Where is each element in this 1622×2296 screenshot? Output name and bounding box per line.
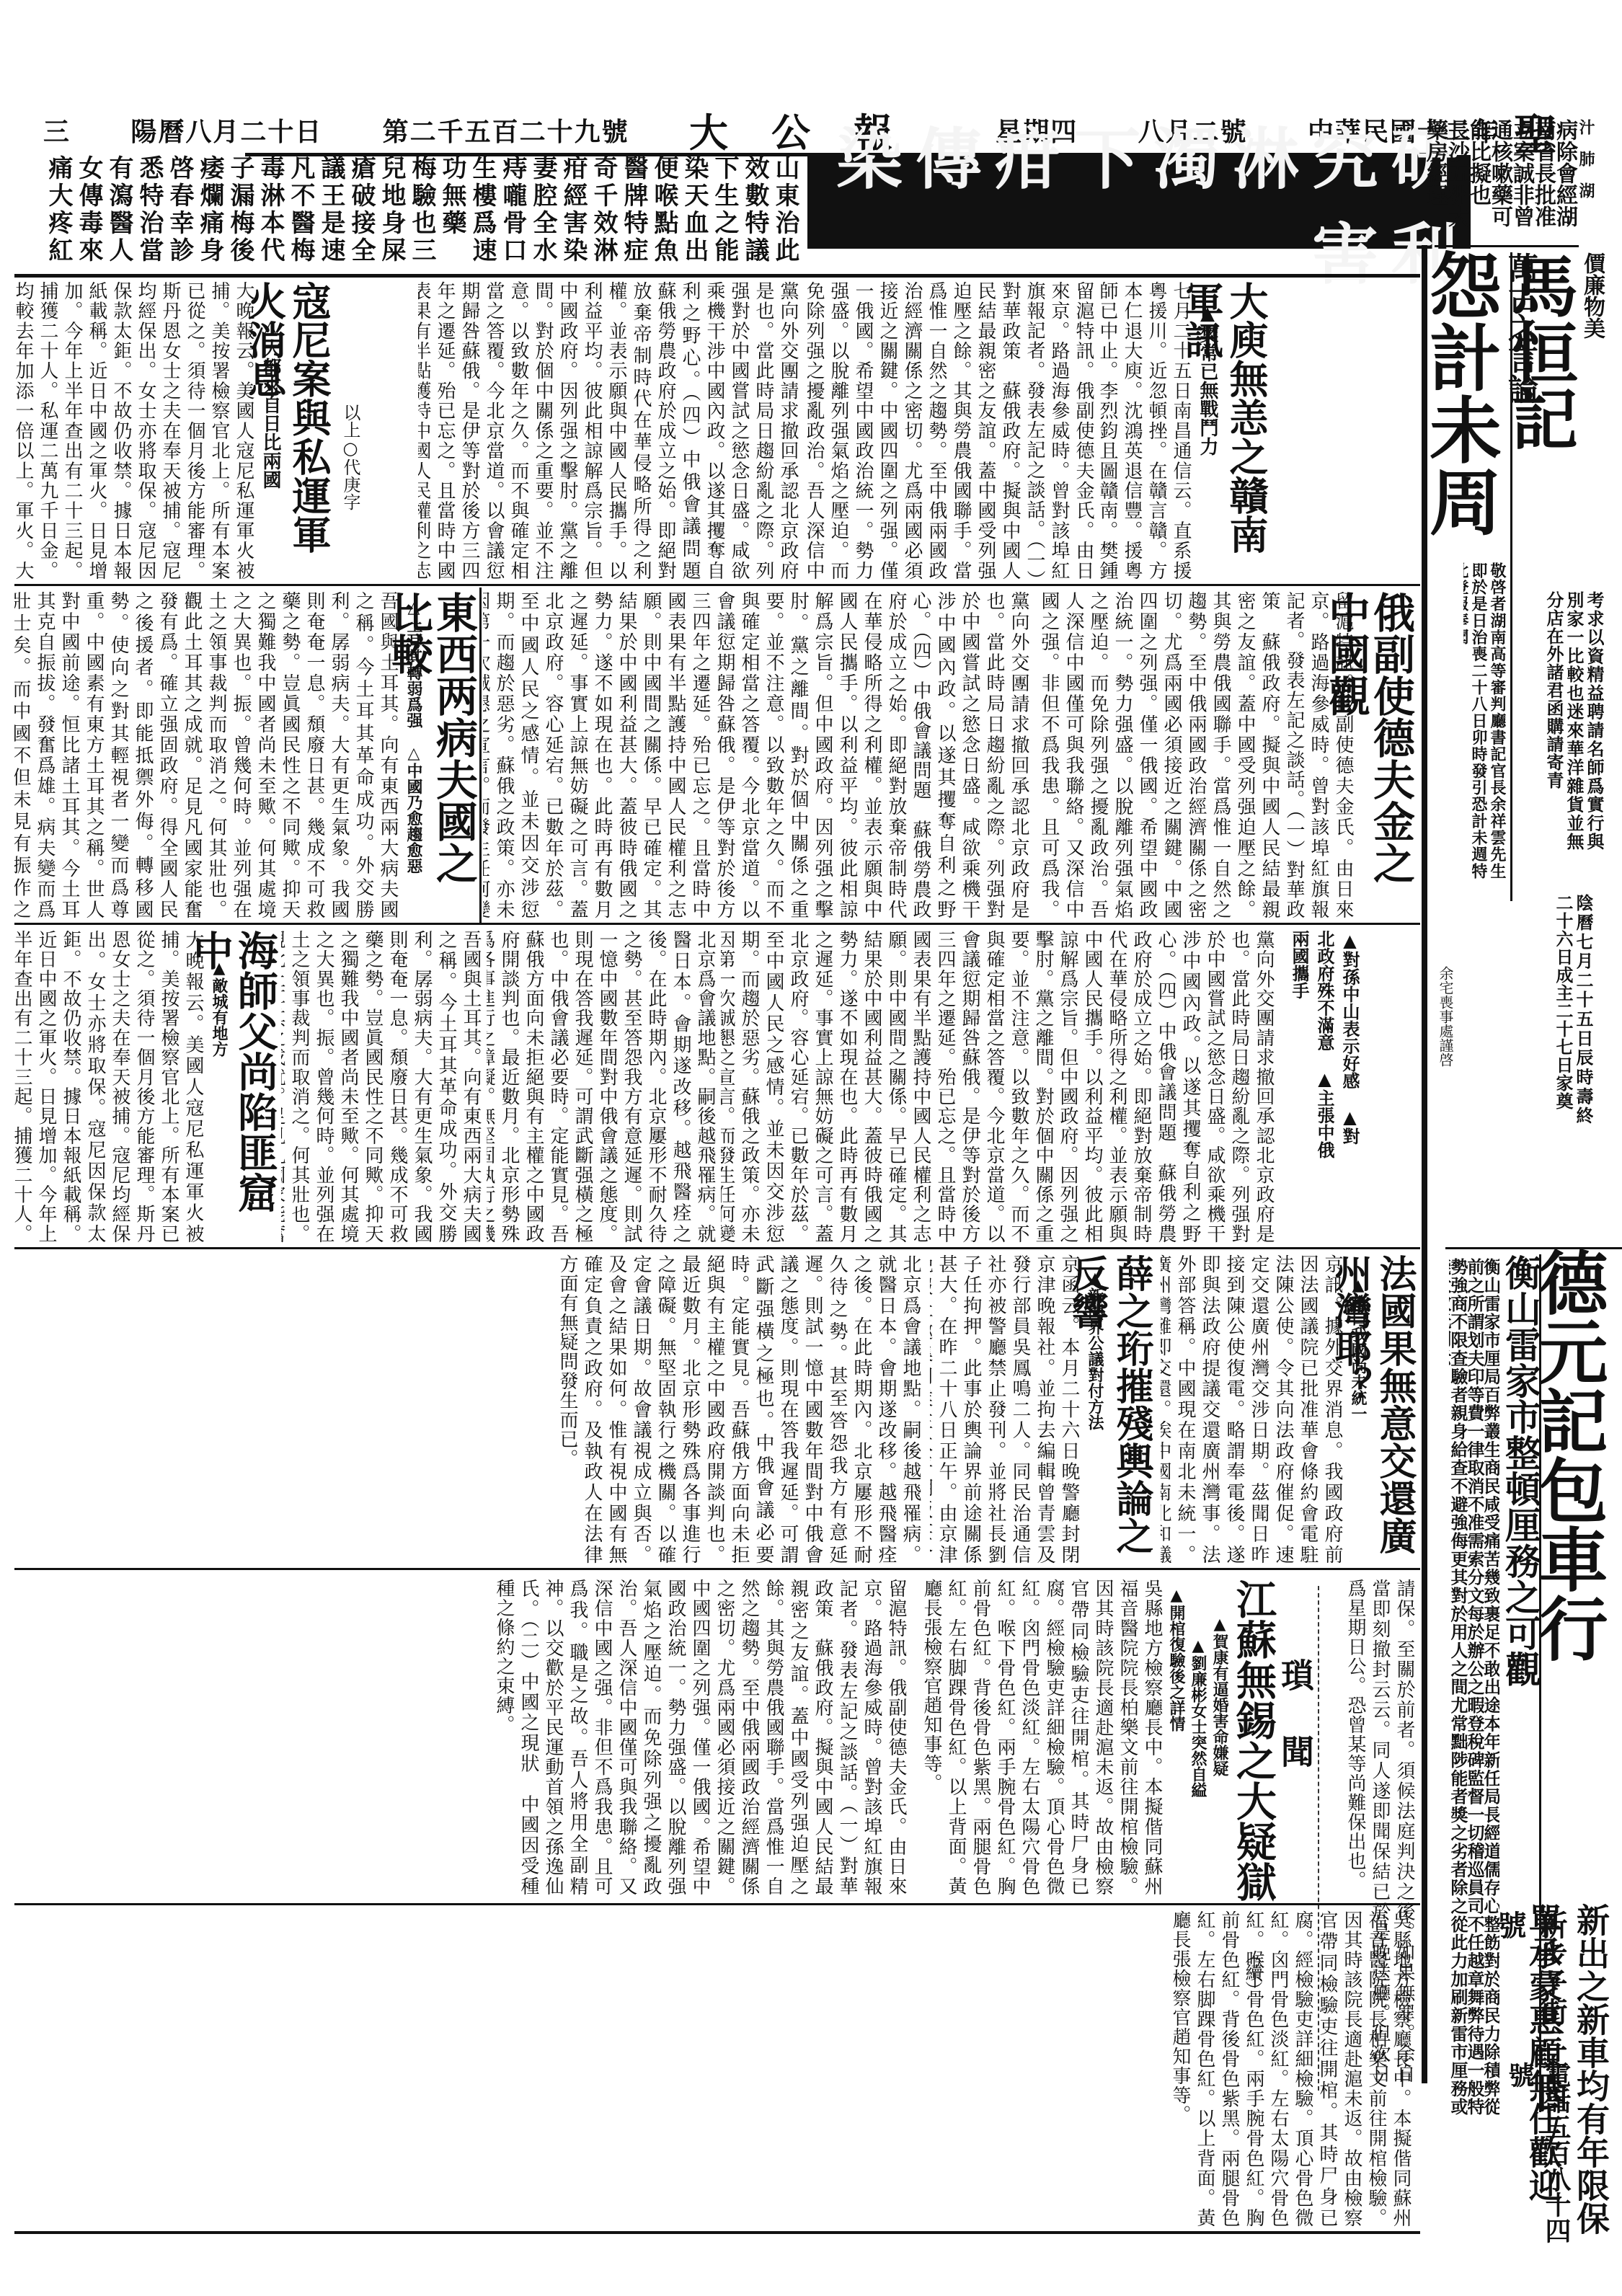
ad-line: 通核嗽藥可 <box>1489 119 1510 270</box>
ad-header: 汁 肺 湖 <box>1575 119 1597 270</box>
article-subhead: ▲賀康有逼婚害命嫌疑 <box>1211 1615 1231 1831</box>
article-headline: 薛之珩摧殘輿論之反響 <box>1110 1254 1153 1564</box>
article-body-continued: 黨向外交團請求撤回承認北京政府是也。當此時局日趨紛亂之際。列强對於中國嘗試之慾念… <box>483 591 1031 919</box>
article-subhead: ▲新聞界公議對付方法 <box>1085 1269 1107 1485</box>
divider <box>1510 252 1512 901</box>
headline-banner: 研究淋濁下疳傳染利害 <box>807 155 1471 249</box>
page-bottom-rule <box>14 2231 1420 2234</box>
masthead-issue: 第二千五百二十九號 <box>383 112 629 149</box>
obituary-body: 敬啓者湖南高等審判廳書記官長余祥雲先生即於是日治喪二十八日卯時發引恐計未週特此登… <box>1463 562 1507 879</box>
article-subhead: ▲對孫中山表示好感 ▲對北政府殊不滿意 ▲主張中俄兩國攜手 <box>1283 930 1362 1161</box>
ad-line: 能比擬也 <box>1467 119 1489 270</box>
ad-line: 醫牌特症奇千效淋疳經害染妻腔全水痔嚨骨口 <box>497 155 649 281</box>
article-body-continued: 留滬特訊。俄副使德夫金氏。由日來京。路過海參威時。曾對該埠紅旗報記者。發表左記之… <box>14 1579 908 1896</box>
row-rule <box>14 923 1420 925</box>
article-body: 大晚報云。美國人寇尼私運軍火被捕。美按署檢察官北上。所有本案已從之。須待一個月後… <box>14 930 205 1244</box>
car-ad-title: 德元記包車行 <box>1543 1247 1615 1925</box>
page-number: 三 <box>43 112 71 149</box>
article-headline: 法國果無意交還廣州灣耶？ <box>1373 1254 1417 1572</box>
row-rule <box>14 584 1420 586</box>
article-body: 大晚報云。美國人寇尼私運軍火被捕。美按署檢察官北上。所有本案已從之。須待一個月後… <box>14 281 256 580</box>
article-body-continued: 黨向外交團請求撤回承認北京政府是也。當此時局日趨紛亂之際。列强對於中國嘗試之慾念… <box>721 930 1276 1244</box>
article-subhead: ▲開棺復驗後之詳情 <box>1168 1586 1188 1802</box>
ad-body: 考求以資精益聘請名師爲實行與別家一比較也迷來華洋雜貨並無分店在外諸君函購請寄青 <box>1539 591 1604 851</box>
row-rule <box>14 1903 1420 1905</box>
article-body-continued: 北京爲會議地點。嗣後越飛罹病。就醫日本。會期遂改移。越飛醫痊之後。在此時期內。北… <box>14 1254 923 1564</box>
obituary-title: 怨計未周 <box>1435 249 1507 566</box>
article-headline: 江蘇無錫之大疑獄 <box>1233 1579 1276 1939</box>
article-headline: 海師父尚陷匪窟中 <box>234 930 278 1247</box>
article-body: 京訊。據外交界消息。我國政府前因法國議院已批准華會條約會電駐法陳公使。令其向法政… <box>1161 1254 1344 1564</box>
ad-line: 山東治此效數特議下生之能染天血出便喉點魚 <box>649 155 800 281</box>
obituary-dates: 陰曆七月二十五日辰時壽終二十六日成主二十七日家奠 <box>1449 894 1593 1125</box>
ad-line: 議王是速凡不醫梅毒淋本代子漏梅後痿爛痛身 <box>195 155 346 281</box>
banner-text: 研究淋濁下疳傳染利害 <box>807 107 1471 297</box>
article-subhead: ▲敵城有地方 <box>209 959 231 1103</box>
article-headline: 俄副使德夫金之中國觀 <box>1362 591 1413 923</box>
article-headline: 東西两病夫國之比較 <box>425 591 476 923</box>
row-rule <box>14 274 1420 278</box>
article-body: 吳縣地方檢察廳長中。本擬偕同蘇州福音醫院院長柏樂文前往開棺檢驗。因其時該院長適赴… <box>916 1579 1164 1896</box>
article-attribution: 以上○代庚字 <box>339 404 363 577</box>
article-body-continued: 北京爲會議地點。嗣後越飛罹病。就醫日本。會期遂改移。越飛醫痊之後。在此時期內。北… <box>487 930 717 1244</box>
article-headline: 寇尼案與私運軍火消息 <box>288 281 332 584</box>
ad-line: 長沙五洲大 <box>1445 119 1467 270</box>
article-body: 吾國與土耳其。向有東西兩大病夫國之稱。今土耳其革命成功。外交勝利。孱弱病夫。大有… <box>281 930 483 1244</box>
car-ad-phone: 電話五百八十四號 <box>1546 2062 1575 2249</box>
hengshan-body: 衡山雷家市厘局百弊叢生商民咸受痛苦幾致裹足不敢出途本年新任局長經道儒存心整飭對於… <box>1449 1258 1499 2116</box>
article-subhead: ▲劉廉彬女士突然自縊 <box>1189 1636 1210 1853</box>
ad-line: 立案誠非曾 <box>1510 119 1532 270</box>
ad-line: 啓春幸診悉特治當有瀉醫人女傳毒來痛大疼紅 <box>43 155 195 281</box>
masthead-date-solar: 陽曆八月二十日 <box>130 112 322 149</box>
article-body-continued: 吳縣地方檢察廳長中。本擬偕同蘇州福音醫院院長柏樂文前往開棺檢驗。因其時該院長適赴… <box>14 1910 1413 2228</box>
article-body: 七月二十五日南昌通信云。直系援粵援川。近忽頓挫。在贛言贛。方本仁退大庾。沈鴻英退… <box>1099 281 1193 580</box>
article-body-continued: 黨向外交團請求撤回承認北京政府是也。當此時局日趨紛亂之際。列强對於中國嘗試之慾念… <box>418 281 800 580</box>
article-subhead: ▲樊常已無戰鬥力 <box>1197 303 1221 519</box>
row-rule <box>14 1247 1420 1249</box>
article-headline: 大庾無恙之贛南軍訊 <box>1226 281 1269 584</box>
ad-line: 病除會經湖 <box>1554 119 1575 270</box>
divider <box>479 588 482 923</box>
obituary-signer: 余宅喪事處謹啓 <box>1435 966 1456 1110</box>
row-rule <box>14 1568 1420 1570</box>
article-subhead: ▲藉口我國尚未統一 <box>1348 1276 1370 1463</box>
article-body: 留滬特訊。俄副使德夫金氏。由日來京。路過海參威時。曾對該埠紅旗報記者。發表左記之… <box>1038 591 1355 919</box>
article-subhead: △大都來自日比兩國 <box>260 317 284 533</box>
article-body: 吾國與土耳其。向有東西兩大病夫國之稱。今土耳其革命成功。外交勝利。孱弱病夫。大有… <box>14 591 400 919</box>
article-body: 京函云。本月二十六日晚警廳封閉京津晚報社。並拘去編輯曾青雲及發行部員吳鳳鳴二人。… <box>930 1254 1081 1564</box>
divider <box>1435 245 1579 247</box>
article-body-continued: 留滬特訊。俄副使德夫金氏。由日來京。路過海參威時。曾對該埠紅旗報記者。發表左記之… <box>807 281 1096 580</box>
ad-line: 生樓爲速功無藥 梅驗也三兒地身屎瘡破接全 <box>346 155 497 281</box>
article-subhead: △土耳其轉弱爲强 △中國乃愈趨愈惡 <box>404 598 425 901</box>
lung-medicine-ad: 汁 肺 湖 病除會經湖 南省長批准 立案誠非曾 通核嗽藥可 能比擬也 長沙五洲大… <box>1424 119 1597 270</box>
top-medical-ad: 山東治此效數特議下生之能染天血出便喉點魚 醫牌特症奇千效淋疳經害染妻腔全水痔嚨骨… <box>14 155 800 281</box>
section-label: 瑣聞 <box>1283 1658 1319 1874</box>
ad-line: 南省長批准 <box>1532 119 1554 270</box>
